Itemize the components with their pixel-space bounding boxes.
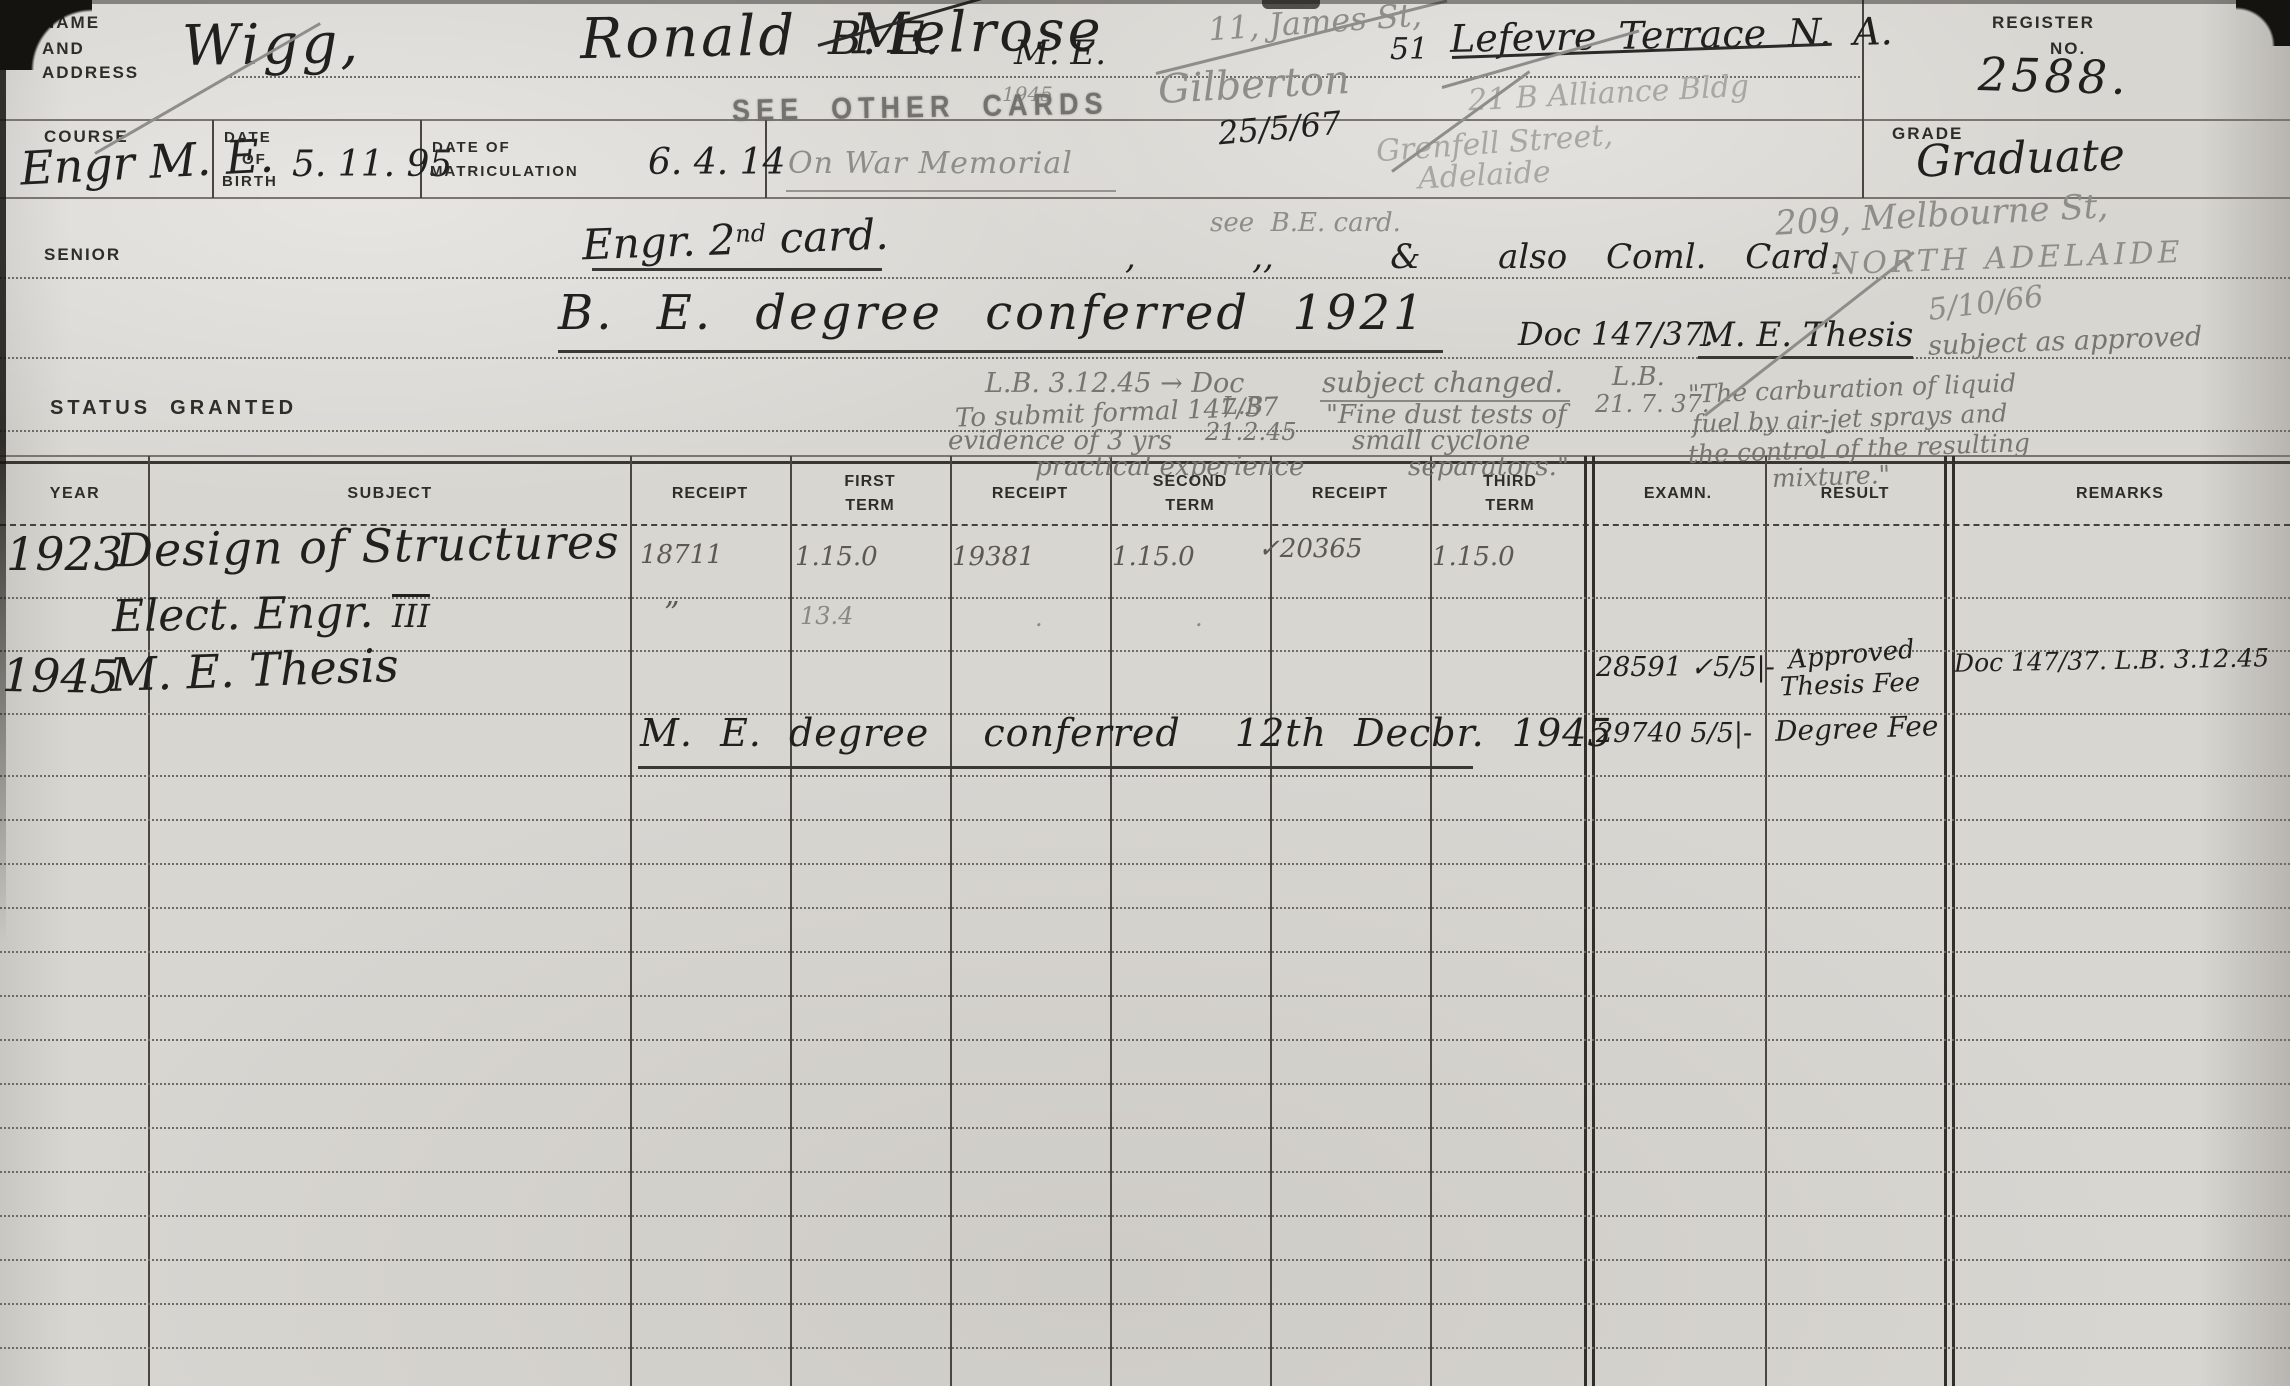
student-name: Wigg, Ronald Melrose [182, 2, 1105, 77]
grade-value: Graduate [1915, 132, 2125, 185]
table-vline-receipt3 [1430, 456, 1432, 1386]
col-header-second-2: TERM [1125, 498, 1255, 515]
row2-receipt1-ditto: ” [664, 598, 679, 630]
col-header-third-2: TERM [1445, 498, 1575, 515]
row1-year: 1923 [6, 530, 123, 578]
ruled-line [0, 1127, 2290, 1129]
matric-value: 6. 4. 14 [648, 144, 785, 182]
see-be-card-note: see B.E. card. [1210, 210, 1401, 237]
row1-receipt3: ✓20365 [1258, 536, 1363, 563]
col-header-year: YEAR [30, 486, 120, 503]
ruled-line [0, 995, 2290, 997]
row1-subject: Design of Structures [116, 518, 621, 575]
scan-corner-top-right [2236, 0, 2290, 46]
ruled-line [0, 1215, 2290, 1217]
be-degree-underline [558, 350, 1443, 353]
table-vline-receipt2 [1110, 456, 1112, 1386]
date-note: 25/5/67 [1217, 107, 1343, 151]
table-vline-third-a [1584, 456, 1587, 1386]
engr-second-card-note: Engr. 2nd card. [581, 213, 889, 268]
engr-card-text-1: Engr. 2 [581, 215, 736, 269]
engr-card-underline [592, 268, 882, 271]
row2-subject-numeral: III [392, 600, 430, 634]
matric-label-1: DATE OF [432, 140, 511, 156]
ruled-line [0, 819, 2290, 821]
row4-underline [638, 766, 1473, 769]
row3-year: 1945 [2, 651, 120, 701]
row2-first-term: 13.4 [800, 604, 853, 629]
ruled-line [0, 1303, 2290, 1305]
row1-receipt1: 18711 [640, 542, 723, 569]
engr-card-superscript: nd [735, 219, 767, 248]
register-number: 2588. [1977, 50, 2130, 102]
matric-label-2: MATRICULATION [430, 164, 579, 180]
table-vline-result-a [1944, 456, 1947, 1386]
ruled-line [0, 1171, 2290, 1173]
col-header-third-1: THIRD [1445, 474, 1575, 491]
war-memorial-underline [786, 190, 1116, 192]
doc-reference: Doc 147/37. [1518, 318, 1714, 352]
war-memorial-note: On War Memorial [788, 148, 1073, 180]
table-vline-first [950, 456, 952, 1386]
row1-first-term: 1.15.0 [795, 544, 878, 571]
row2-subject: Elect. Engr. [112, 590, 374, 641]
table-vline-second [1270, 456, 1272, 1386]
struck-address: Lefevre Terrace N. A. [1450, 12, 1893, 60]
lb3-initials: L.B. [1612, 364, 1665, 391]
grenfell-street-line2: Adelaide [1417, 157, 1551, 195]
lb2-initials: L.B [1222, 394, 1263, 419]
row3-result-line2: Thesis Fee [1780, 670, 1921, 702]
scan-corner-top-left [0, 0, 92, 70]
table-vline-examn [1765, 456, 1767, 1386]
me-thesis-underline [1698, 356, 1913, 359]
col-header-subject: SUBJECT [290, 486, 490, 503]
row2-dot2: . [1195, 606, 1203, 631]
record-card: NAME AND ADDRESS Wigg, Ronald Melrose B.… [0, 0, 2290, 1386]
ruled-line [0, 775, 2290, 777]
ruled-line [0, 951, 2290, 953]
degree-new: M. E. [1014, 36, 1106, 72]
subject-changed-note: subject changed. [1322, 368, 1563, 397]
col-header-remarks: REMARKS [2040, 486, 2200, 503]
row3-remarks: Doc 147/37. L.B. 3.12.45 [1954, 645, 2270, 677]
ruled-line [0, 1347, 2290, 1349]
table-vline-result-b [1952, 456, 1955, 1386]
scan-edge-top [0, 0, 2290, 4]
col-header-receipt2: RECEIPT [965, 486, 1095, 503]
street-number: 51 [1390, 34, 1428, 66]
divider-name-course [0, 119, 2290, 121]
scan-edge-mark [1262, 0, 1320, 9]
dob-label-3: BIRTH [222, 174, 278, 190]
status-granted-label: STATUS GRANTED [50, 398, 297, 419]
col-header-first-1: FIRST [810, 474, 930, 491]
row4-result: Degree Fee [1775, 711, 1939, 746]
row1-receipt2: 19381 [952, 544, 1035, 571]
col-header-first-2: TERM [810, 498, 930, 515]
dob-label-2: OF [242, 152, 267, 168]
engr-card-text-2: card. [765, 210, 889, 263]
col-header-receipt3: RECEIPT [1285, 486, 1415, 503]
row3-subject: M. E. Thesis [109, 641, 399, 699]
row4-examn: 29740 5/5|- [1596, 720, 1752, 748]
ruled-line [0, 1083, 2290, 1085]
row2-dot1: . [1035, 606, 1043, 631]
table-vline-third-b [1592, 456, 1595, 1386]
col-header-result: RESULT [1780, 486, 1930, 503]
new-address-date: 5/10/66 [1927, 281, 2046, 326]
col-header-receipt1: RECEIPT [645, 486, 775, 503]
ruled-line [0, 1259, 2290, 1261]
row4-note: M. E. degree conferred 12th Decbr. 1945 [640, 714, 1613, 754]
subject-approved-note: subject as approved [1928, 323, 2203, 361]
lb2-date: 21.2.45 [1205, 420, 1297, 445]
register-label-1: REGISTER [1992, 14, 2095, 32]
ruled-line [0, 907, 2290, 909]
col-header-examn: EXAMN. [1608, 486, 1748, 503]
also-coml-card-note: , ,, & also Coml. Card. [1125, 240, 1840, 276]
table-vline-subject [630, 456, 632, 1386]
table-vline-receipt1 [790, 456, 792, 1386]
row1-second-term: 1.15.0 [1112, 544, 1195, 571]
ruled-line [0, 1039, 2290, 1041]
row1-third-term: 1.15.0 [1432, 544, 1515, 571]
dob-label-1: DATE [224, 130, 272, 146]
dob-value: 5. 11. 95 [292, 146, 452, 184]
see-other-cards-stamp: SEE OTHER CARDS [732, 88, 1109, 127]
row3-examn: 28591 ✓5/5|- [1596, 654, 1775, 682]
ruled-line [0, 863, 2290, 865]
be-degree-conferred: B. E. degree conferred 1921 [558, 288, 1427, 338]
col-header-second-1: SECOND [1125, 474, 1255, 491]
scan-edge-left [0, 0, 6, 1386]
senior-label: SENIOR [44, 246, 121, 264]
